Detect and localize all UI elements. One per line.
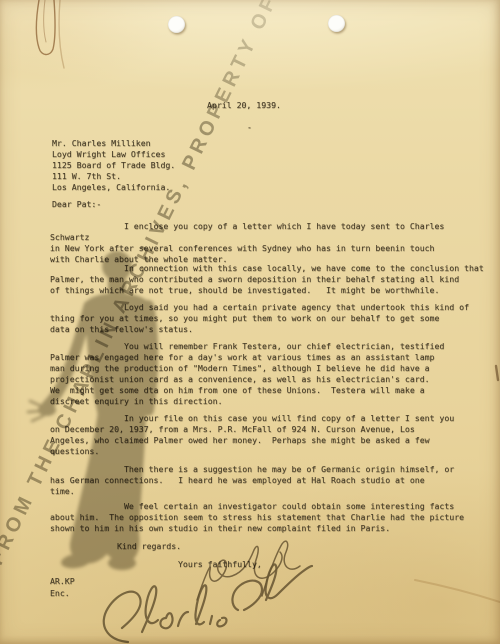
valediction-signature-scrawl <box>197 541 300 600</box>
valediction-line: Yours faithfully, <box>178 559 262 570</box>
paragraph-1: I enclose you copy of a letter which I h… <box>50 221 486 265</box>
stray-dash-mark: - <box>247 122 252 133</box>
punch-hole-right <box>328 15 345 32</box>
paragraph-3: Loyd said you had a certain private agen… <box>50 302 486 335</box>
paragraph-7: We feel certain an investigator could ob… <box>50 501 486 534</box>
enclosure-notation: Enc. <box>50 588 70 599</box>
kind-regards-line: Kind regards. <box>117 541 181 552</box>
charlie-chaplin-signature <box>104 564 312 642</box>
paragraph-4: You will remember Frank Testera, our chi… <box>50 341 486 406</box>
salutation: Dear Pat:- <box>52 199 101 210</box>
paragraph-6: Then there is a suggestion he may be of … <box>50 464 486 497</box>
paragraph-2: In connection with this case locally, we… <box>50 263 486 296</box>
reference-initials: AR.KP <box>50 576 75 587</box>
letter-scan-page: April 20, 1939. - Mr. Charles Milliken L… <box>0 0 500 644</box>
punch-hole-left <box>168 16 185 33</box>
recipient-address: Mr. Charles Milliken Loyd Wright Law Off… <box>52 138 175 193</box>
paragraph-5: In your file on this case you will find … <box>50 413 486 457</box>
date-line: April 20, 1939. <box>207 100 281 111</box>
